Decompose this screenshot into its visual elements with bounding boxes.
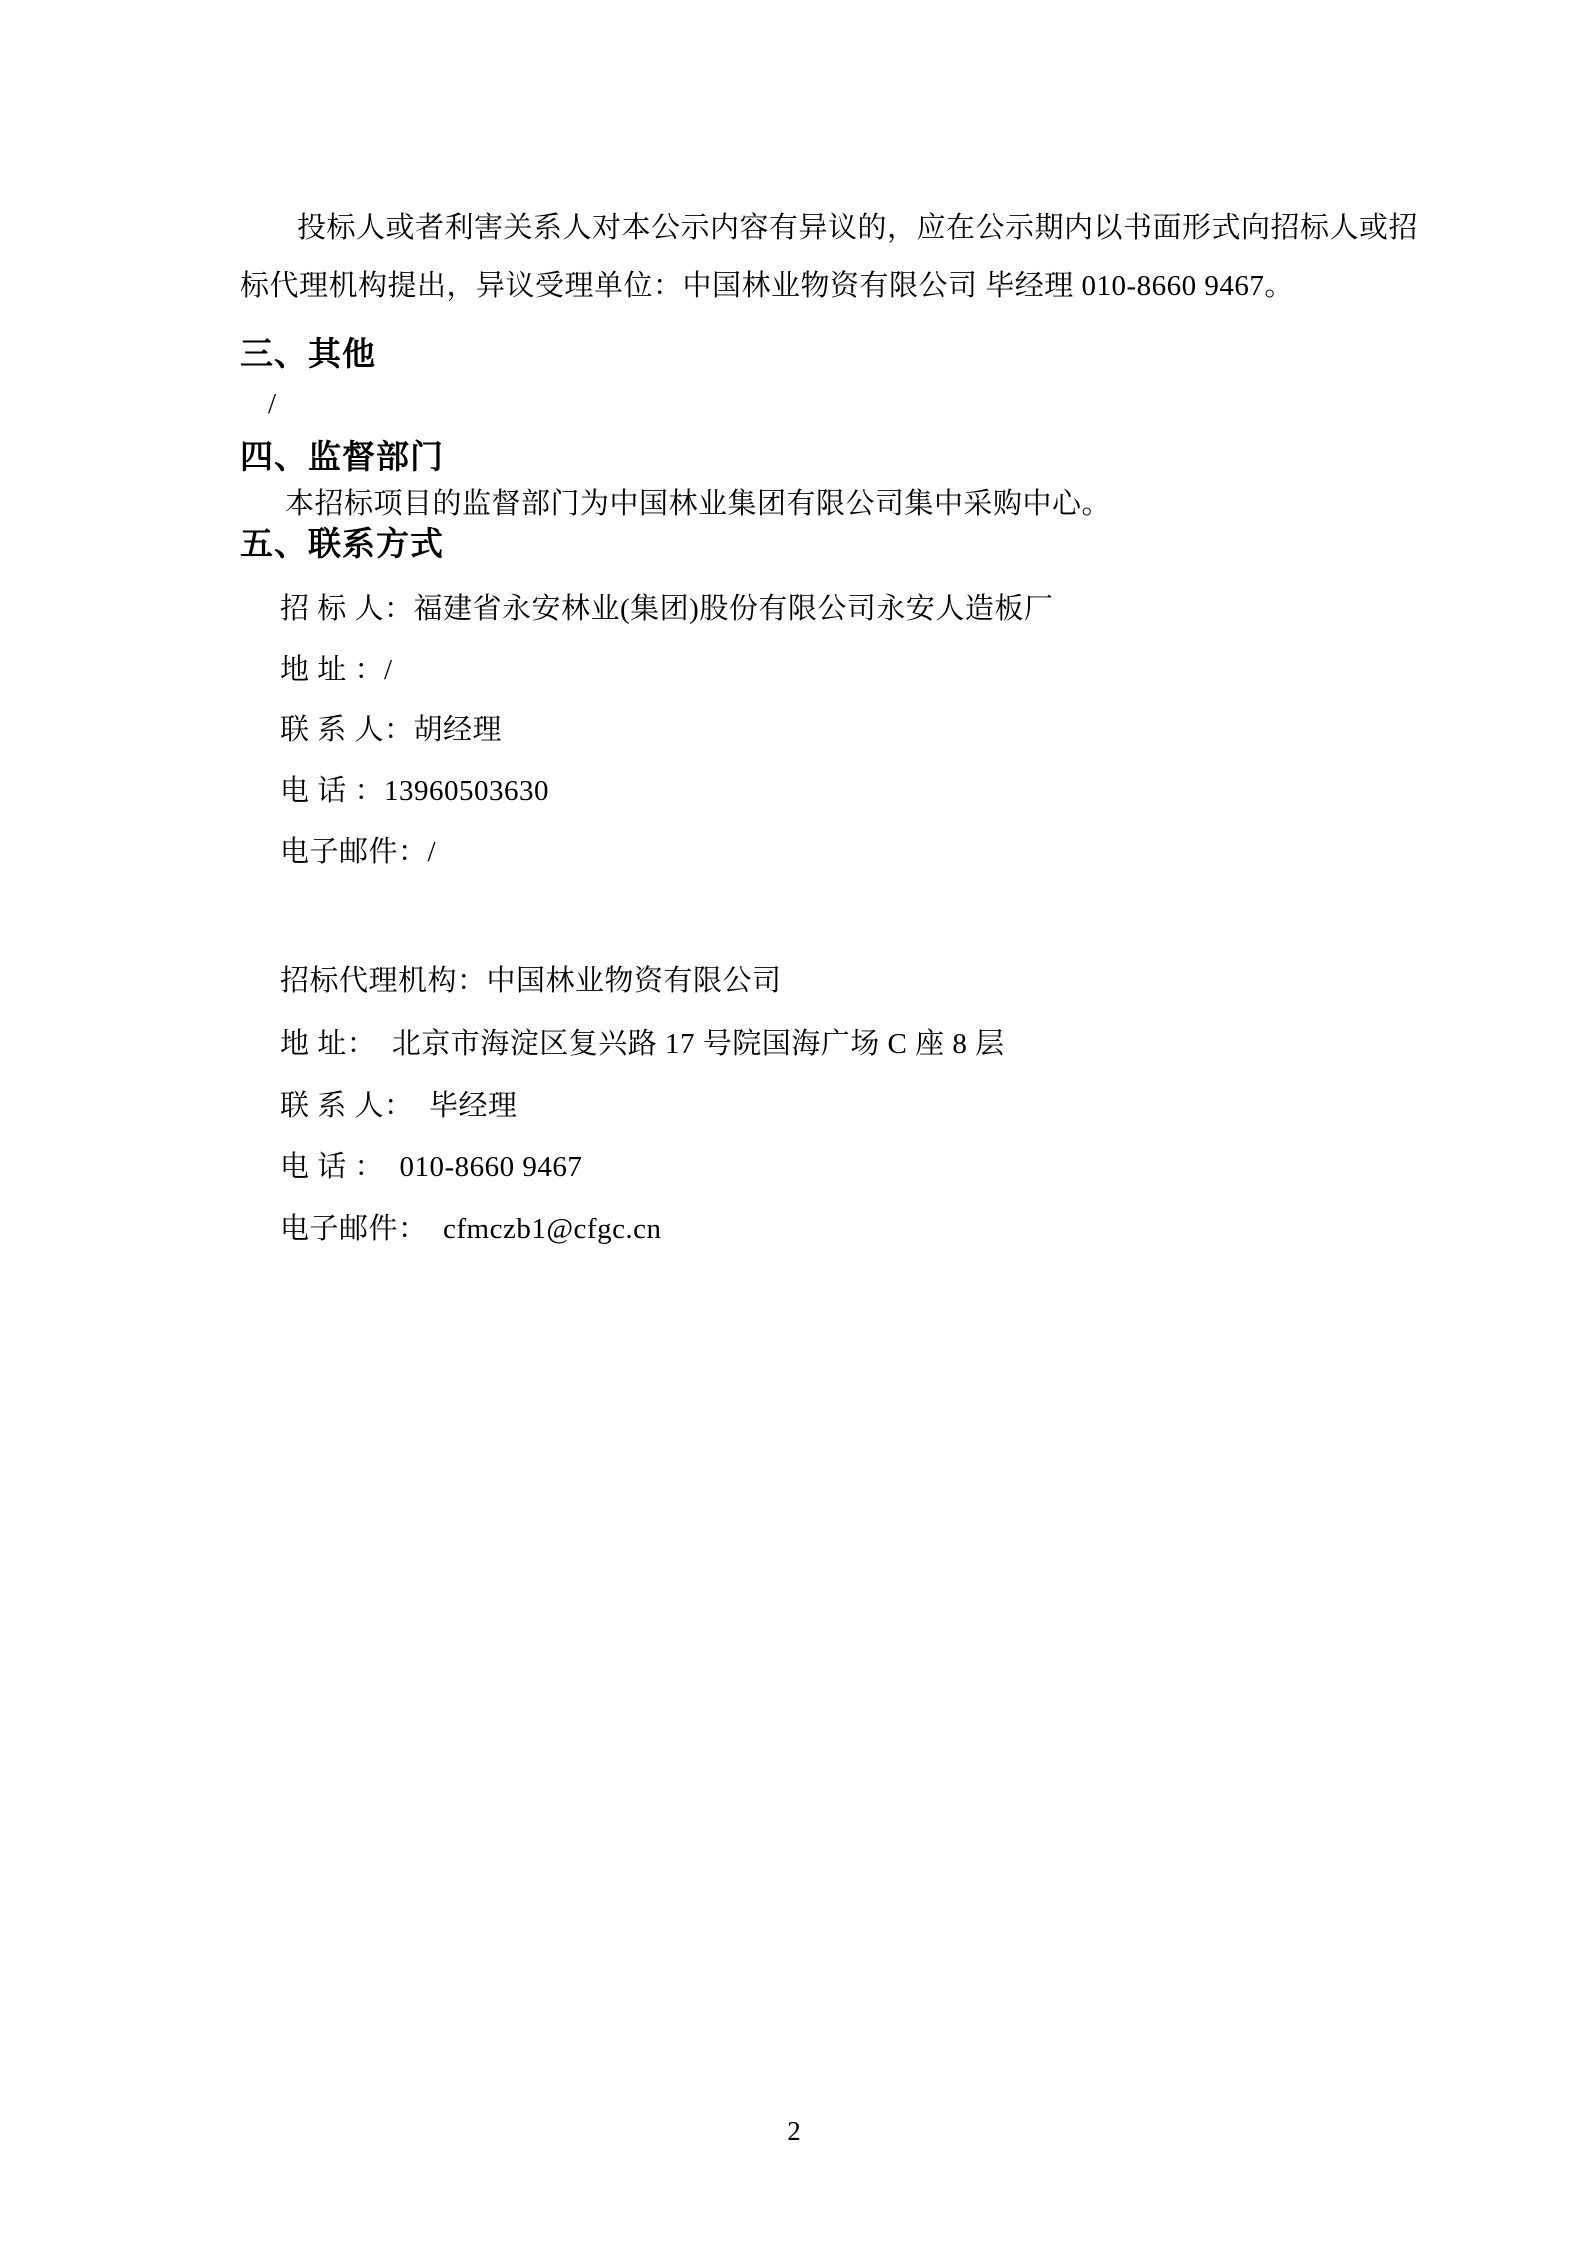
page-number: 2: [0, 2116, 1588, 2147]
tenderer-name-line: 招 标 人：福建省永安林业(集团)股份有限公司永安人造板厂: [280, 591, 1053, 627]
section-other-content: /: [268, 386, 277, 422]
section-supervision-content: 本招标项目的监督部门为中国林业集团有限公司集中采购中心。: [285, 486, 1111, 522]
tenderer-address-line: 地 址 ：/: [280, 652, 393, 688]
agency-contact-person-line: 联 系 人： 毕经理: [280, 1088, 518, 1124]
objection-paragraph-line-1: 投标人或者利害关系人对本公示内容有异议的，应在公示期内以书面形式向招标人或招: [297, 210, 1418, 246]
tenderer-contact-person-line: 联 系 人：胡经理: [280, 712, 502, 748]
section-heading-contact: 五、联系方式: [240, 524, 444, 564]
agency-name-line: 招标代理机构：中国林业物资有限公司: [280, 963, 782, 999]
document-page: 投标人或者利害关系人对本公示内容有异议的，应在公示期内以书面形式向招标人或招 标…: [0, 0, 1588, 2245]
agency-address-line: 地 址： 北京市海淀区复兴路 17 号院国海广场 C 座 8 层: [280, 1026, 1005, 1062]
objection-paragraph-line-2: 标代理机构提出，异议受理单位：中国林业物资有限公司 毕经理 010-8660 9…: [240, 268, 1294, 304]
agency-phone-line: 电 话 ： 010-8660 9467: [280, 1149, 582, 1185]
section-heading-supervision: 四、监督部门: [240, 437, 444, 477]
tenderer-email-line: 电子邮件：/: [280, 834, 436, 870]
section-heading-other: 三、其他: [240, 334, 376, 374]
tenderer-phone-line: 电 话 ：13960503630: [280, 773, 549, 809]
agency-email-line: 电子邮件： cfmczb1@cfgc.cn: [280, 1211, 662, 1247]
